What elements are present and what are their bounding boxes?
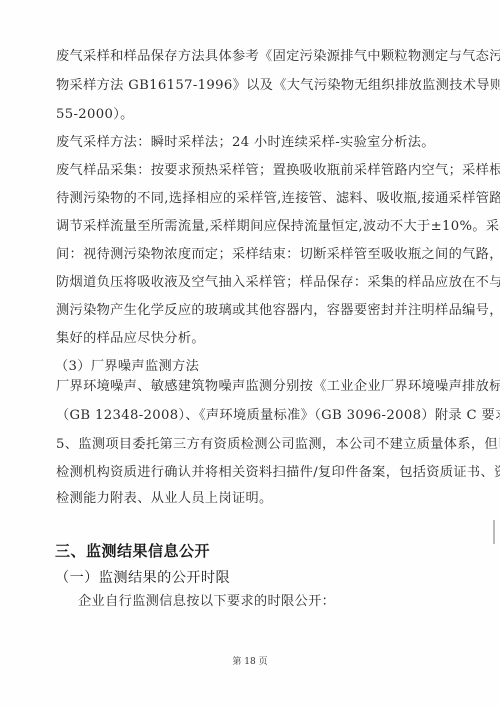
text-line: 物采样方法 GB16157-1996》以及《大气污染物无组织排放监测技术导则》（… bbox=[56, 78, 500, 94]
text-line: 55-2000）。 bbox=[56, 107, 134, 123]
text-line: 检测机构资质进行确认并将相关资料扫描件/复印件备案，包括资质证书、资质 bbox=[56, 465, 500, 481]
subsection-heading: （一）监测结果的公开时限 bbox=[55, 567, 230, 587]
document-page: 废气采样和样品保存方法具体参考《固定污染源排气中颗粒物测定与气态污染 物采样方法… bbox=[0, 0, 500, 707]
text-line: 待测污染物的不同,选择相应的采样管,连接管、滤料、吸收瓶,接通采样管路, bbox=[56, 191, 500, 207]
method-heading: （3）厂界噪声监测方法 bbox=[55, 359, 199, 375]
text-line: 废气样品采集：按要求预热采样管；置换吸收瓶前采样管路内空气；采样根据 bbox=[56, 163, 500, 179]
text-line: 测污染物产生化学反应的玻璃或其他容器内，容器要密封并注明样品编号，采 bbox=[56, 303, 500, 319]
text-line: 企业自行监测信息按以下要求的时限公开： bbox=[78, 594, 335, 610]
section-heading: 三、监测结果信息公开 bbox=[55, 540, 210, 561]
text-line: 厂界环境噪声、敏感建筑物噪声监测分别按《工业企业厂界环境噪声排放标准》 bbox=[56, 379, 500, 395]
text-line: 5、监测项目委托第三方有资质检测公司监测，本公司不建立质量体系，但已对 bbox=[56, 437, 500, 453]
scan-edge-mark bbox=[493, 520, 495, 544]
text-line: 废气采样和样品保存方法具体参考《固定污染源排气中颗粒物测定与气态污染 bbox=[56, 49, 500, 65]
text-line: 检测能力附表、从业人员上岗证明。 bbox=[56, 491, 273, 507]
text-line: （GB 12348-2008）、《声环境质量标准》（GB 3096-2008）附… bbox=[56, 408, 500, 424]
text-line: 间：视待测污染物浓度而定；采样结束：切断采样管至吸收瓶之间的气路，以 bbox=[56, 247, 500, 263]
text-line: 防烟道负压将吸收液及空气抽入采样管；样品保存：采集的样品应放在不与被 bbox=[56, 275, 500, 291]
text-line: 集好的样品应尽快分析。 bbox=[56, 331, 205, 347]
text-line: 调节采样流量至所需流量,采样期间应保持流量恒定,波动不大于±10%。采样时 bbox=[56, 219, 500, 235]
text-line: 废气采样方法：瞬时采样法；24 小时连续采样-实验室分析法。 bbox=[56, 135, 435, 151]
page-number: 第 18 页 bbox=[0, 654, 500, 667]
